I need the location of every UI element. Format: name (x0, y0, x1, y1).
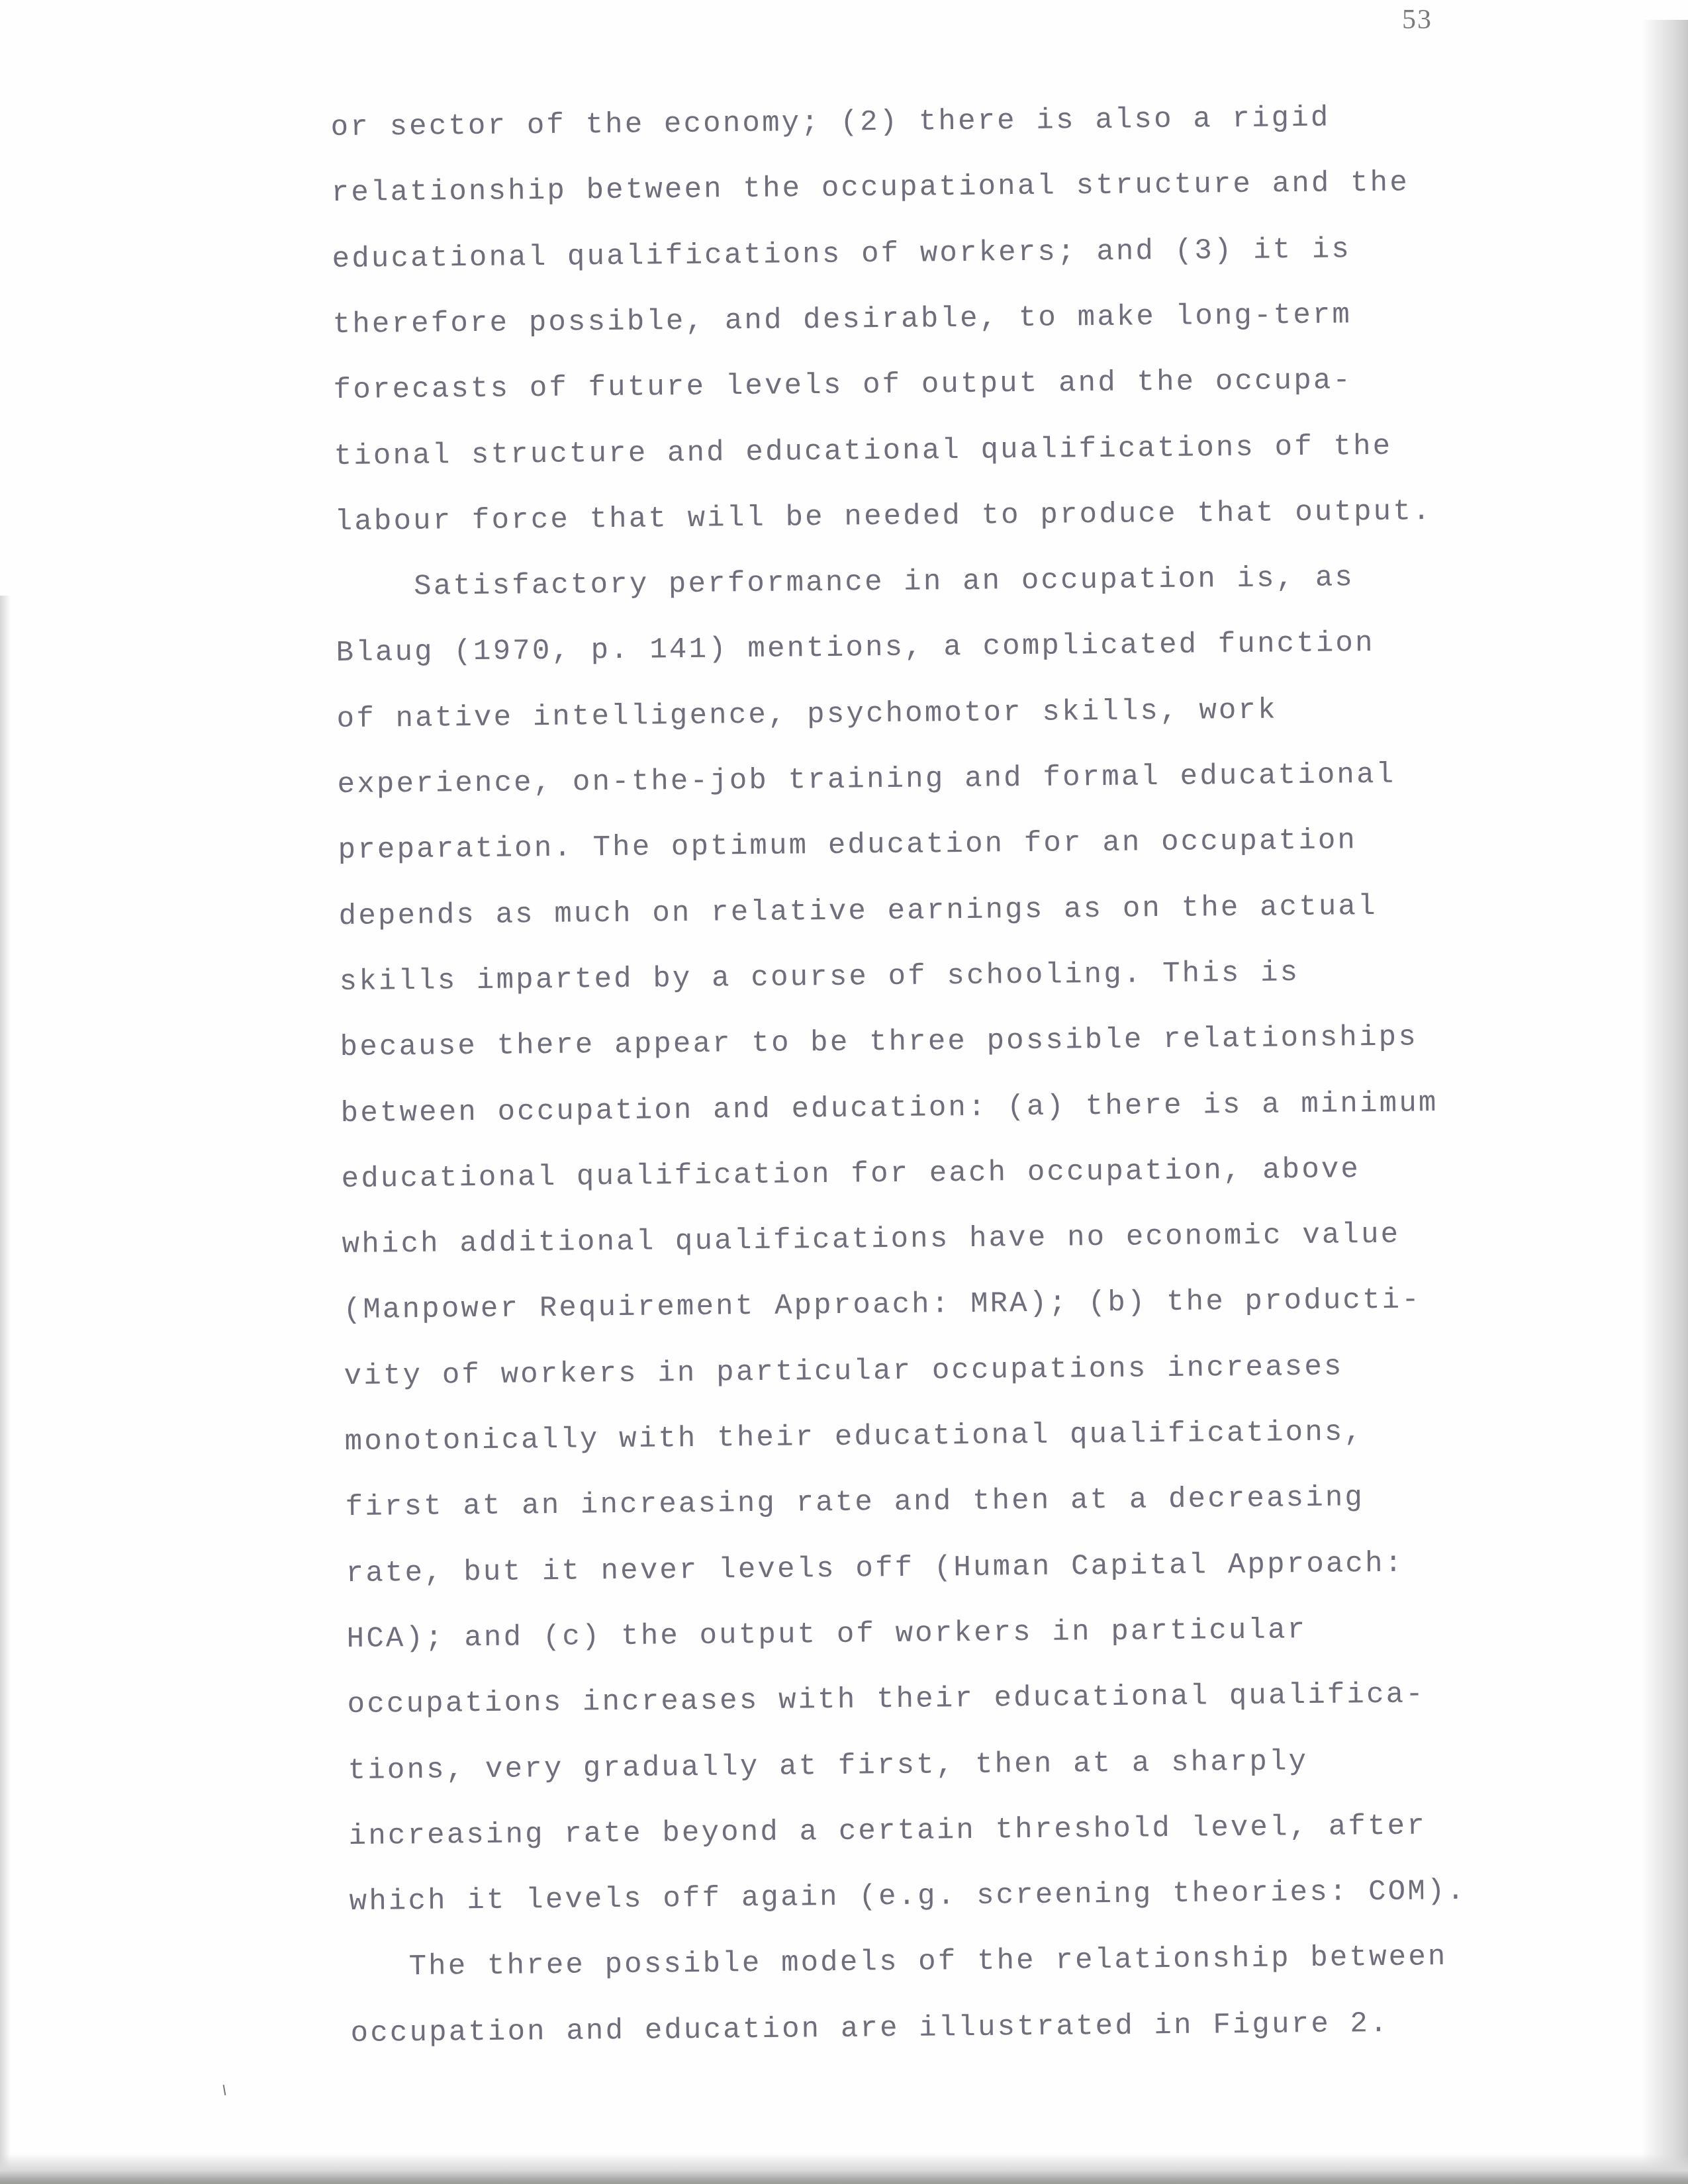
scanner-bar-bottom (0, 2154, 1688, 2184)
text-line: rate, but it never levels off (Human Cap… (346, 1547, 1404, 1590)
text-line: because there appear to be three possibl… (340, 1021, 1419, 1065)
text-line: experience, on-the-job training and form… (338, 758, 1396, 801)
page-number: 53 (1402, 4, 1432, 36)
text-line: between occupation and education: (a) th… (341, 1087, 1438, 1130)
text-line: skills imparted by a course of schooling… (340, 956, 1300, 999)
paragraph-start-line: The three possible models of the relatio… (350, 1940, 1447, 1984)
text-line: tions, very gradually at first, then at … (348, 1745, 1308, 1788)
text-line: forecasts of future levels of output and… (333, 364, 1352, 407)
text-line: occupations increases with their educati… (347, 1678, 1425, 1722)
text-line: of native intelligence, psychomotor skil… (337, 694, 1278, 736)
paragraph-start-line: Satisfactory performance in an occupatio… (336, 561, 1355, 604)
text-line: which additional qualifications have no … (342, 1218, 1401, 1261)
text-line: educational qualifications of workers; a… (332, 233, 1351, 276)
text-line: monotonically with their educational qua… (344, 1416, 1364, 1459)
text-line: preparation. The optimum education for a… (338, 825, 1358, 868)
text-line: first at an increasing rate and then at … (345, 1482, 1364, 1525)
text-line: labour force that will be needed to prod… (334, 495, 1432, 539)
text-line: (Manpower Requirement Approach: MRA); (b… (343, 1284, 1421, 1328)
text-line: therefore possible, and desirable, to ma… (332, 298, 1352, 341)
scan-shadow-right (1642, 20, 1688, 2184)
stray-mark (223, 2085, 226, 2095)
text-line: vity of workers in particular occupation… (344, 1350, 1343, 1392)
text-line: Blaug (1970, p. 141) mentions, a complic… (336, 627, 1375, 670)
text-line: which it levels off again (e.g. screenin… (349, 1875, 1466, 1919)
text-line: occupation and education are illustrated… (350, 2007, 1389, 2050)
scanned-page: 53 or sector of the economy; (2) there i… (0, 0, 1688, 2184)
text-line: or sector of the economy; (2) there is a… (331, 102, 1331, 144)
text-line: increasing rate beyond a certain thresho… (348, 1809, 1427, 1853)
text-line: HCA); and (c) the output of workers in p… (346, 1614, 1307, 1656)
text-line: tional structure and educational qualifi… (334, 430, 1392, 473)
scan-shadow-left (0, 596, 11, 2184)
text-line: educational qualification for each occup… (342, 1153, 1361, 1196)
text-line: relationship between the occupational st… (331, 167, 1409, 210)
text-line: depends as much on relative earnings as … (339, 890, 1378, 933)
